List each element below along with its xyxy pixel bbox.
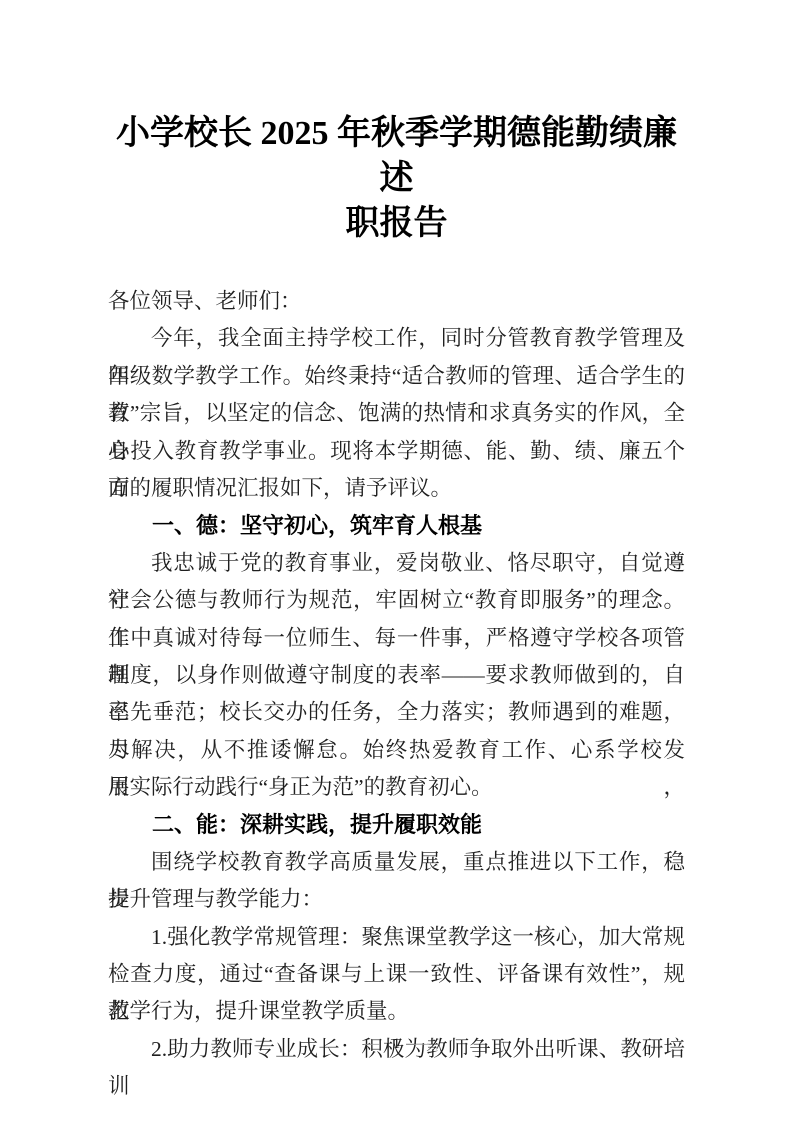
text-line: 心投入教育教学事业。现将本学期德、能、勤、绩、廉五个方 — [108, 433, 685, 470]
page-footer: —1— — [0, 1034, 793, 1054]
text-line: 年级数学教学工作。始终秉持“适合教师的管理、适合学生的教 — [108, 358, 685, 395]
page-number-dash-left: — — [364, 1036, 379, 1052]
text-line: 育”宗旨，以坚定的信念、饱满的热情和求真务实的作风，全身 — [108, 395, 685, 432]
text-line: 检查力度，通过“查备课与上课一致性、评备课有效性”，规范 — [108, 956, 685, 993]
text-line: 社会公德与教师行为规范，牢固树立“教育即服务”的理念。工 — [108, 582, 685, 619]
text-line: 1.强化教学常规管理：聚焦课堂教学这一核心，加大常规 — [108, 919, 685, 956]
text-line: 制度，以身作则做遵守制度的表率——要求教师做到的，自己 — [108, 657, 685, 694]
text-line: 教学行为，提升课堂教学质量。 — [108, 993, 685, 1030]
text-line: 面的履职情况汇报如下，请予评议。 — [108, 470, 685, 507]
heading-line: 一、德：坚守初心，筑牢育人根基 — [108, 507, 685, 544]
document-page: 小学校长 2025 年秋季学期德能勤绩廉述职报告 各位领导、老师们：今年，我全面… — [0, 0, 793, 1122]
text-line: 各位领导、老师们： — [108, 283, 685, 320]
text-line: 我忠诚于党的教育事业，爱岗敬业、恪尽职守，自觉遵守 — [108, 545, 685, 582]
heading-line: 二、能：深耕实践，提升履职效能 — [108, 806, 685, 843]
document-title: 小学校长 2025 年秋季学期德能勤绩廉述职报告 — [108, 111, 685, 246]
title-line: 小学校长 2025 年秋季学期德能勤绩廉述 — [108, 111, 685, 201]
title-line: 职报告 — [108, 201, 685, 246]
text-line: 提升管理与教学能力： — [108, 881, 685, 918]
text-line: 作中真诚对待每一位师生、每一件事，严格遵守学校各项管理 — [108, 620, 685, 657]
document-body: 各位领导、老师们：今年，我全面主持学校工作，同时分管教育教学管理及四年级数学教学… — [108, 283, 685, 1068]
page-number-dash-right: — — [414, 1036, 429, 1052]
text-line: 率先垂范；校长交办的任务，全力落实；教师遇到的难题，尽 — [108, 694, 685, 731]
text-line: 力解决，从不推诿懈怠。始终热爱教育工作、心系学校发展， — [108, 732, 685, 769]
text-line: 今年，我全面主持学校工作，同时分管教育教学管理及四 — [108, 320, 685, 357]
document-content: 小学校长 2025 年秋季学期德能勤绩廉述职报告 各位领导、老师们：今年，我全面… — [108, 111, 685, 1068]
page-number-value: 1 — [379, 1036, 414, 1052]
text-line: 围绕学校教育教学高质量发展，重点推进以下工作，稳步 — [108, 844, 685, 881]
